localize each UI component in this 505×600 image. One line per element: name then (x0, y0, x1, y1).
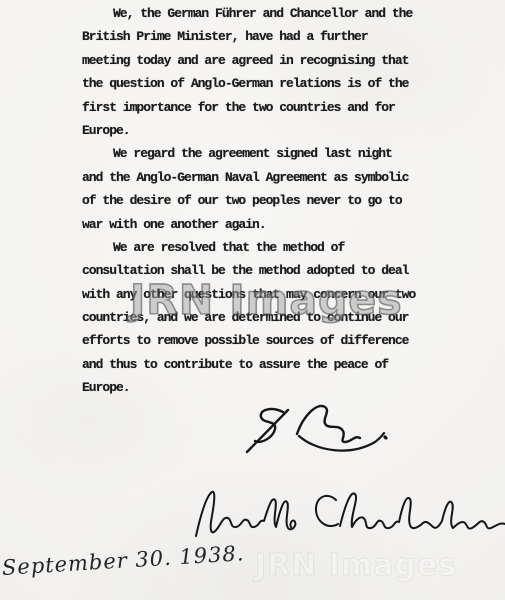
text-line: of the desire of our two peoples never t… (82, 193, 427, 216)
paragraph: We regard the agreement signed last nigh… (82, 146, 427, 240)
paragraph: We, the German Führer and Chancellor and… (82, 6, 427, 146)
document-page: We, the German Führer and Chancellor and… (0, 0, 505, 600)
text-line: We, the German Führer and Chancellor and… (82, 6, 427, 29)
text-line: meeting today and are agreed in recognis… (82, 53, 427, 76)
text-line: consultation shall be the method adopted… (82, 263, 427, 286)
text-line: and thus to contribute to assure the pea… (82, 357, 427, 380)
text-line: with any other questions that may concer… (82, 287, 427, 310)
watermark-faint: JRN Images (255, 548, 457, 583)
hitler-signature (233, 400, 398, 470)
paragraph: We are resolved that the method of consu… (82, 240, 427, 404)
chamberlain-signature (190, 482, 505, 544)
text-line: and the Anglo-German Naval Agreement as … (82, 170, 427, 193)
document-body: We, the German Führer and Chancellor and… (82, 6, 427, 404)
text-line: efforts to remove possible sources of di… (82, 333, 427, 356)
text-line: We regard the agreement signed last nigh… (82, 146, 427, 169)
text-line: Europe. (82, 123, 427, 146)
text-line: first importance for the two countries a… (82, 100, 427, 123)
text-line: We are resolved that the method of (82, 240, 427, 263)
handwritten-date: September 30. 1938. (1, 541, 245, 580)
text-line: war with one another again. (82, 217, 427, 240)
text-line: British Prime Minister, have had a furth… (82, 29, 427, 52)
text-line: the question of Anglo-German relations i… (82, 76, 427, 99)
text-line: countries, and we are determined to cont… (82, 310, 427, 333)
